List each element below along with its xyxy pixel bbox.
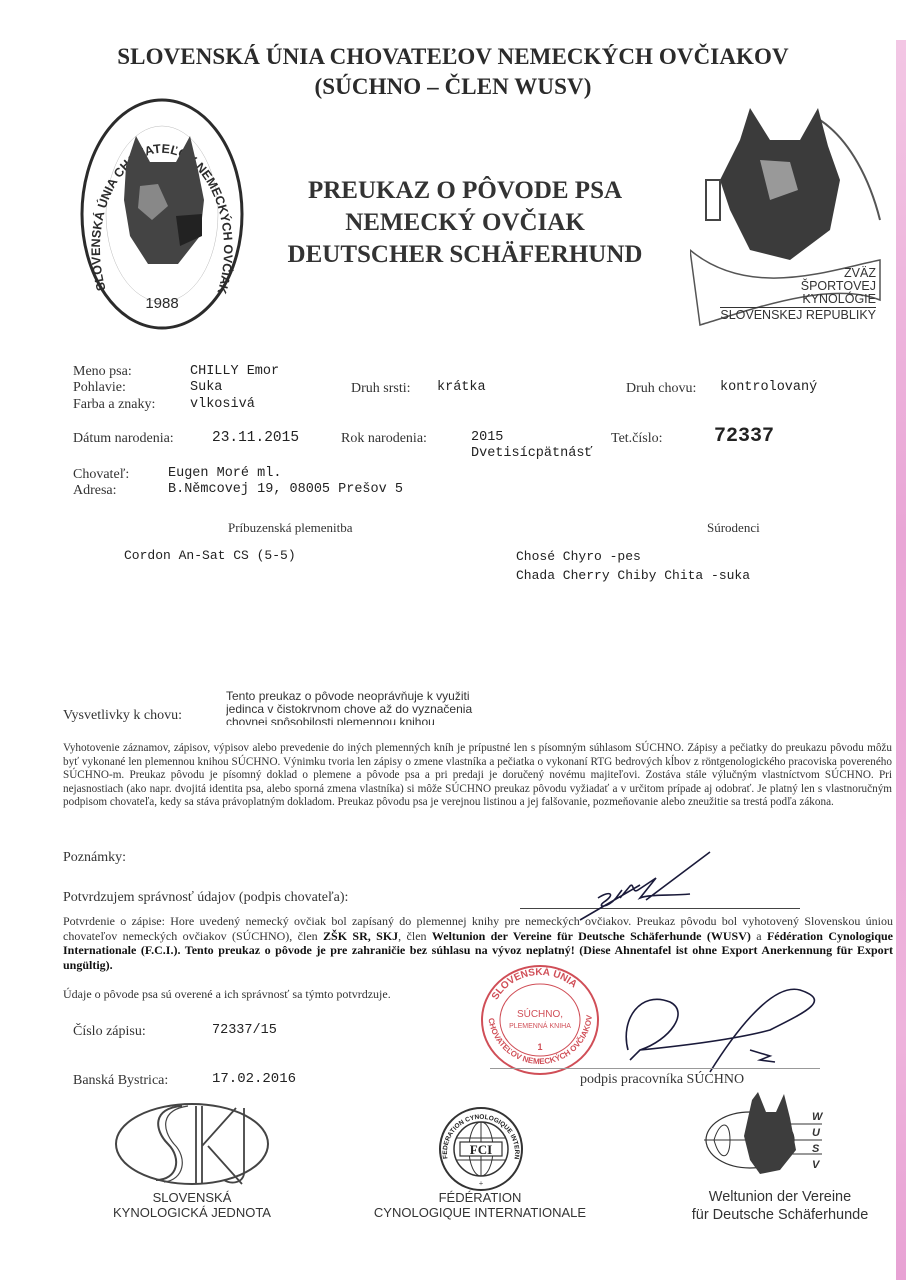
dog-sex: Suka — [190, 380, 222, 395]
svg-text:PLEMENNÁ KNIHA: PLEMENNÁ KNIHA — [509, 1021, 571, 1030]
svg-text:FCI: FCI — [470, 1142, 492, 1157]
svg-text:S: S — [812, 1143, 820, 1155]
siblings-header: Súrodenci — [707, 520, 760, 536]
breeder-address: B.Němcovej 19, 08005 Prešov 5 — [168, 482, 403, 497]
sibling-2: Chada Cherry Chiby Chita -suka — [516, 568, 750, 583]
inbreeding-header: Príbuzenská plemenitba — [228, 520, 353, 536]
fci-globe-icon: FCI FEDERATION CYNOLOGIQUE INTERNATIONAL… — [438, 1106, 524, 1192]
dog-year: 2015 — [471, 430, 503, 445]
breeder-name: Eugen Moré ml. — [168, 466, 281, 481]
skj-caption: SLOVENSKÁ KYNOLOGICKÁ JEDNOTA — [82, 1190, 302, 1220]
svg-text:W: W — [812, 1111, 824, 1123]
fci-caption-line: CYNOLOGIQUE INTERNATIONALE — [360, 1205, 600, 1220]
color-label: Farba a znaky: — [73, 397, 155, 413]
zsk-sr-logo: ZVÄZ ŠPORTOVEJ KYNOLÓGIE SLOVENSKEJ REPU… — [690, 100, 890, 330]
document-title: PREUKAZ O PÔVODE PSA NEMECKÝ OVČIAK DEUT… — [240, 175, 690, 271]
year-label: Rok narodenia: — [341, 431, 427, 447]
legal-text: Vyhotovenie záznamov, zápisov, výpisov a… — [63, 742, 892, 810]
skj-logo-icon — [112, 1100, 272, 1188]
dog-color: vlkosivá — [190, 397, 255, 412]
breeding-notes-label: Vysvetlivky k chovu: — [63, 708, 182, 724]
coat-label: Druh srsti: — [351, 381, 411, 397]
title-line-2: NEMECKÝ OVČIAK — [240, 207, 690, 239]
confirmation-bold-wusv: Weltunion der Vereine für Deutsche Schäf… — [432, 929, 751, 943]
skj-caption-line: KYNOLOGICKÁ JEDNOTA — [82, 1205, 302, 1220]
issue-place-label: Banská Bystrica: — [73, 1073, 168, 1089]
title-line-3: DEUTSCHER SCHÄFERHUND — [240, 239, 690, 271]
title-line-1: PREUKAZ O PÔVODE PSA — [240, 175, 690, 207]
tattoo-label: Tet.číslo: — [611, 431, 663, 447]
organization-title: SLOVENSKÁ ÚNIA CHOVATEĽOV NEMECKÝCH OVČI… — [0, 44, 906, 70]
paper-edge — [896, 40, 906, 1280]
confirmation-text: , člen — [398, 929, 432, 943]
confirmation-bold-zsk: ZŠK SR, SKJ — [323, 929, 398, 943]
zsk-line-3: KYNOLÓGIE — [720, 293, 876, 308]
sibling-1: Chosé Chyro -pes — [516, 549, 641, 564]
wusv-caption-line: Weltunion der Vereine — [670, 1188, 890, 1206]
wusv-logo: W U S V — [700, 1090, 830, 1180]
svg-text:+: + — [479, 1179, 484, 1188]
svg-text:CHOVATEĽOV NEMECKÝCH OVČIAKOV: CHOVATEĽOV NEMECKÝCH OVČIAKOV — [486, 1014, 594, 1066]
official-signature-label: podpis pracovníka SÚCHNO — [580, 1072, 744, 1088]
dob-label: Dátum narodenia: — [73, 431, 174, 447]
wusv-caption-line: für Deutsche Schäferhunde — [670, 1206, 890, 1224]
dog-year-words: Dvetisícpätnásť — [471, 446, 593, 461]
official-signature-line — [490, 1068, 820, 1069]
tattoo-number: 72337 — [714, 425, 774, 448]
svg-text:U: U — [812, 1127, 821, 1139]
svg-text:V: V — [812, 1159, 821, 1171]
fci-caption-line: FÉDÉRATION — [360, 1190, 600, 1205]
fci-logo: FCI FEDERATION CYNOLOGIQUE INTERNATIONAL… — [438, 1106, 524, 1192]
official-signature — [600, 980, 830, 1075]
german-shepherd-head-icon: SLOVENSKÁ ÚNIA CHOVATEĽOV NEMECKÝCH OVČI… — [78, 96, 246, 332]
wusv-caption: Weltunion der Vereine für Deutsche Schäf… — [670, 1188, 890, 1224]
confirmation-text: a — [751, 929, 767, 943]
breeder-label: Chovateľ: — [73, 467, 129, 483]
suchno-logo: SLOVENSKÁ ÚNIA CHOVATEĽOV NEMECKÝCH OVČI… — [78, 96, 246, 332]
wusv-globe-dog-icon: W U S V — [700, 1090, 830, 1180]
fci-caption: FÉDÉRATION CYNOLOGIQUE INTERNATIONALE — [360, 1190, 600, 1220]
dog-dob: 23.11.2015 — [212, 430, 299, 446]
address-label: Adresa: — [73, 483, 117, 499]
sex-label: Pohlavie: — [73, 380, 126, 396]
remarks-label: Poznámky: — [63, 850, 126, 866]
svg-text:1: 1 — [537, 1042, 542, 1052]
registration-number-label: Číslo zápisu: — [73, 1024, 146, 1040]
skj-logo — [112, 1100, 272, 1188]
name-label: Meno psa: — [73, 364, 132, 380]
svg-text:SÚCHNO,: SÚCHNO, — [517, 1007, 563, 1020]
skj-caption-line: SLOVENSKÁ — [82, 1190, 302, 1205]
issue-date: 17.02.2016 — [212, 1071, 296, 1087]
suchno-stamp: SLOVENSKÁ ÚNIA CHOVATEĽOV NEMECKÝCH OVČI… — [478, 962, 608, 1082]
confirm-label: Potvrdzujem správnosť údajov (podpis cho… — [63, 890, 348, 906]
zsk-line-4: SLOVENSKEJ REPUBLIKY — [720, 309, 876, 322]
breeding-label: Druh chovu: — [626, 381, 696, 397]
registration-number: 72337/15 — [212, 1023, 277, 1038]
dog-coat: krátka — [437, 380, 486, 395]
zsk-sr-text: ZVÄZ ŠPORTOVEJ KYNOLÓGIE SLOVENSKEJ REPU… — [720, 267, 876, 322]
svg-text:1988: 1988 — [145, 295, 178, 312]
dog-name: CHILLY Emor — [190, 364, 279, 379]
breeding-note-line: chovnej spôsobilosti plemennou knihou — [226, 716, 526, 725]
breeding-note-line: jedinca v čistokrvnom chove až do vyznač… — [226, 703, 526, 716]
breeding-notes: Tento preukaz o pôvode neoprávňuje k vyu… — [226, 690, 526, 725]
dog-breeding: kontrolovaný — [720, 380, 817, 395]
verification-line: Údaje o pôvode psa sú overené a ich sprá… — [63, 987, 391, 1002]
inbreeding-value: Cordon An-Sat CS (5-5) — [124, 548, 296, 563]
